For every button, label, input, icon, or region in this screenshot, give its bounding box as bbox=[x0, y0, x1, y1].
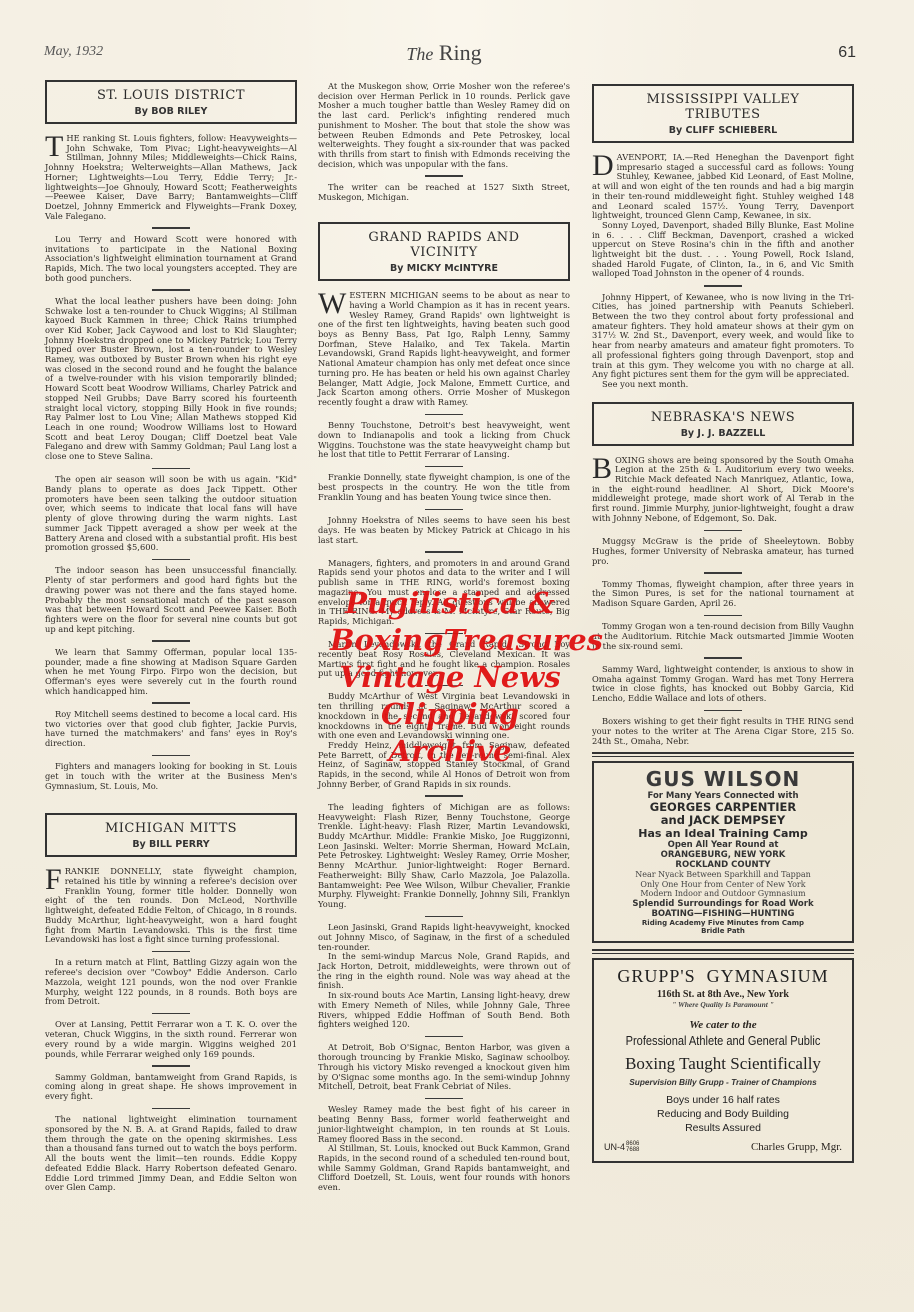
michigan-mitts-header: MICHIGAN MITTS By BILL PERRY bbox=[45, 813, 297, 857]
nebraska-paragraph: Boxers wishing to get their fight result… bbox=[592, 717, 854, 746]
ad-line: Reducing and Body Building bbox=[600, 1107, 846, 1121]
column-right: MISSISSIPPI VALLEY TRIBUTES By CLIFF SCH… bbox=[592, 84, 854, 1163]
grupps-footer: UN-4 8606 7688 Charles Grupp, Mgr. bbox=[600, 1141, 846, 1153]
mississippi-byline: By CLIFF SCHIEBERL bbox=[598, 125, 848, 136]
dropcap: D bbox=[592, 154, 614, 178]
divider bbox=[425, 633, 463, 635]
ad-line: Boys under 16 half rates bbox=[600, 1093, 846, 1107]
ad-line: Boxing Taught Scientifically bbox=[600, 1054, 846, 1074]
grand-rapids-paragraph: The leading fighters of Michigan are as … bbox=[318, 803, 570, 910]
magazine-title-ring: Ring bbox=[439, 40, 482, 65]
column-middle: At the Muskegon show, Orrie Mosher won t… bbox=[318, 82, 570, 1193]
michigan-mitts-paragraph: Sammy Goldman, bantamweight from Grand R… bbox=[45, 1073, 297, 1102]
divider bbox=[704, 615, 742, 617]
grand-rapids-paragraph: Martin Levandowski, the Grand Rapids Str… bbox=[318, 640, 570, 679]
divider bbox=[152, 227, 190, 229]
grupps-phone: UN-4 8606 7688 bbox=[604, 1141, 639, 1153]
mississippi-paragraph: Sonny Loyed, Davenport, shaded Billy Blu… bbox=[592, 221, 854, 279]
divider bbox=[152, 289, 190, 291]
divider bbox=[425, 414, 463, 416]
ad-line: We cater to the bbox=[600, 1019, 846, 1031]
grand-rapids-paragraph: Frankie Donnelly, state flyweight champi… bbox=[318, 473, 570, 502]
ad-line: Professional Athlete and General Public bbox=[618, 1033, 827, 1048]
grupps-name: GRUPP'S GYMNASIUM bbox=[600, 966, 846, 987]
grand-rapids-byline: By MICKY McINTYRE bbox=[324, 263, 564, 274]
divider bbox=[704, 285, 742, 287]
ad-separator bbox=[592, 949, 854, 954]
st-louis-paragraph: The indoor season has been unsuccessful … bbox=[45, 566, 297, 634]
st-louis-paragraph: THE ranking St. Louis fighters, follow: … bbox=[45, 134, 297, 221]
ad-line: Riding Academy Five Minutes from Camp bbox=[598, 919, 848, 927]
nebraska-paragraph: Muggsy McGraw is the pride of Sheeleytow… bbox=[592, 537, 854, 566]
nebraska-paragraph: Tommy Grogan won a ten-round decision fr… bbox=[592, 622, 854, 651]
mississippi-header: MISSISSIPPI VALLEY TRIBUTES By CLIFF SCH… bbox=[592, 84, 854, 143]
grand-rapids-paragraph: At Detroit, Bob O'Signac, Benton Harbor,… bbox=[318, 1043, 570, 1092]
grupps-gymnasium-ad: GRUPP'S GYMNASIUM 116th St. at 8th Ave.,… bbox=[592, 958, 854, 1163]
divider bbox=[425, 175, 463, 177]
st-louis-header: ST. LOUIS DISTRICT By BOB RILEY bbox=[45, 80, 297, 124]
ad-line: Has an Ideal Training Camp bbox=[598, 827, 848, 840]
grupps-address: 116th St. at 8th Ave., New York bbox=[600, 989, 846, 1000]
mississippi-title-line2: TRIBUTES bbox=[598, 107, 848, 122]
grand-rapids-paragraph: Freddy Heinz, middleweight from Saginaw,… bbox=[318, 741, 570, 790]
divider bbox=[704, 657, 742, 659]
st-louis-paragraph: Roy Mitchell seems destined to become a … bbox=[45, 710, 297, 749]
ad-line: Splendid Surroundings for Road Work bbox=[598, 899, 848, 909]
divider bbox=[152, 755, 190, 757]
divider bbox=[704, 572, 742, 574]
divider bbox=[152, 1065, 190, 1067]
divider bbox=[425, 685, 463, 687]
divider bbox=[425, 795, 463, 797]
mississippi-paragraph: Johnny Hippert, of Kewanee, who is now l… bbox=[592, 293, 854, 380]
michigan-mitts-paragraph: In a return match at Flint, Battling Giz… bbox=[45, 958, 297, 1007]
ad-line: Near Nyack Between Sparkhill and Tappan bbox=[598, 870, 848, 880]
grand-rapids-paragraph: In six-round bouts Ace Martin, Lansing l… bbox=[318, 991, 570, 1030]
grand-rapids-header: GRAND RAPIDS AND VICINITY By MICKY McINT… bbox=[318, 222, 570, 281]
ad-line: BOATING—FISHING—HUNTING bbox=[598, 909, 848, 919]
gus-wilson-name: GUS WILSON bbox=[598, 767, 848, 791]
grand-rapids-paragraph: Wesley Ramey made the best fight of his … bbox=[318, 1105, 570, 1144]
muskegon-paragraph: At the Muskegon show, Orrie Mosher won t… bbox=[318, 82, 570, 169]
michigan-mitts-byline: By BILL PERRY bbox=[51, 839, 291, 850]
st-louis-title: ST. LOUIS DISTRICT bbox=[51, 88, 291, 103]
nebraska-byline: By J. J. BAZZELL bbox=[598, 428, 848, 439]
st-louis-byline: By BOB RILEY bbox=[51, 106, 291, 117]
dropcap: T bbox=[45, 135, 63, 159]
st-louis-paragraph: Fighters and managers looking for bookin… bbox=[45, 762, 297, 791]
nebraska-paragraph: BOXING shows are being sponsored by the … bbox=[592, 456, 854, 524]
ad-separator bbox=[592, 752, 854, 757]
dropcap: B bbox=[592, 457, 612, 481]
divider bbox=[152, 1108, 190, 1110]
st-louis-paragraph: The open air season will soon be with us… bbox=[45, 475, 297, 553]
mississippi-paragraph: DAVENPORT, IA.—Red Heneghan the Davenpor… bbox=[592, 153, 854, 221]
michigan-mitts-paragraph: Over at Lansing, Pettit Ferrarar won a T… bbox=[45, 1020, 297, 1059]
st-louis-paragraph: Lou Terry and Howard Scott were honored … bbox=[45, 235, 297, 284]
ad-line: ORANGEBURG, NEW YORK bbox=[598, 850, 848, 860]
ad-line: Modern Indoor and Outdoor Gymnasium bbox=[598, 889, 848, 899]
ad-line: Results Assured bbox=[600, 1121, 846, 1135]
divider bbox=[152, 640, 190, 642]
divider bbox=[152, 951, 190, 953]
page-number: 61 bbox=[838, 44, 856, 62]
grand-rapids-paragraph: Benny Touchstone, Detroit's best heavywe… bbox=[318, 421, 570, 460]
ad-line: Supervision Billy Grupp - Trainer of Cha… bbox=[600, 1077, 846, 1087]
st-louis-paragraph: What the local leather pushers have been… bbox=[45, 297, 297, 462]
divider bbox=[425, 1036, 463, 1038]
divider bbox=[152, 1013, 190, 1015]
divider bbox=[152, 702, 190, 704]
divider bbox=[152, 468, 190, 470]
michigan-mitts-paragraph: The national lightweight elimination tou… bbox=[45, 1115, 297, 1193]
grupps-manager: Charles Grupp, Mgr. bbox=[751, 1141, 842, 1153]
divider bbox=[704, 710, 742, 712]
gus-wilson-ad: GUS WILSON For Many Years Connected with… bbox=[592, 761, 854, 943]
st-louis-paragraph: We learn that Sammy Offerman, popular lo… bbox=[45, 648, 297, 697]
column-left: ST. LOUIS DISTRICT By BOB RILEY THE rank… bbox=[45, 80, 297, 1193]
divider bbox=[425, 916, 463, 918]
dropcap: W bbox=[318, 292, 346, 316]
divider bbox=[152, 559, 190, 561]
grand-rapids-paragraph: WESTERN MICHIGAN seems to be about as ne… bbox=[318, 291, 570, 407]
grand-rapids-paragraph: Leon Jasinski, Grand Rapids light-heavyw… bbox=[318, 923, 570, 952]
page-header: May, 1932 The Ring 61 bbox=[44, 40, 844, 70]
divider bbox=[704, 530, 742, 532]
mississippi-paragraph: See you next month. bbox=[592, 380, 854, 390]
ad-line: and JACK DEMPSEY bbox=[598, 814, 848, 827]
divider bbox=[425, 1098, 463, 1100]
ad-line: Open All Year Round at bbox=[598, 840, 848, 850]
grand-rapids-paragraph: Johnny Hoekstra of Niles seems to have s… bbox=[318, 516, 570, 545]
grand-rapids-paragraph: Managers, fighters, and promoters in and… bbox=[318, 559, 570, 627]
michigan-mitts-paragraph: FRANKIE DONNELLY, state flyweight champi… bbox=[45, 867, 297, 945]
grand-rapids-paragraph: Buddy McArthur of West Virginia beat Lev… bbox=[318, 692, 570, 741]
nebraska-header: NEBRASKA'S NEWS By J. J. BAZZELL bbox=[592, 402, 854, 446]
grand-rapids-title: GRAND RAPIDS AND VICINITY bbox=[324, 230, 564, 260]
divider bbox=[425, 466, 463, 468]
magazine-title: The Ring bbox=[44, 40, 844, 66]
nebraska-title: NEBRASKA'S NEWS bbox=[598, 410, 848, 425]
divider bbox=[425, 509, 463, 511]
nebraska-paragraph: Sammy Ward, lightweight contender, is an… bbox=[592, 665, 854, 704]
mississippi-title-line1: MISSISSIPPI VALLEY bbox=[598, 92, 848, 107]
ad-line: Only One Hour from Center of New York bbox=[598, 880, 848, 890]
ad-line: Bridle Path bbox=[598, 927, 848, 935]
nebraska-paragraph: Tommy Thomas, flyweight champion, after … bbox=[592, 580, 854, 609]
grand-rapids-paragraph: In the semi-windup Marcus Nole, Grand Ra… bbox=[318, 952, 570, 991]
dropcap: F bbox=[45, 868, 62, 892]
magazine-title-the: The bbox=[406, 44, 433, 64]
divider bbox=[425, 551, 463, 553]
grupps-slogan: " Where Quality Is Paramount " bbox=[600, 1000, 846, 1009]
muskegon-paragraph: The writer can be reached at 1527 Sixth … bbox=[318, 183, 570, 202]
ad-line: ROCKLAND COUNTY bbox=[598, 860, 848, 870]
michigan-mitts-title: MICHIGAN MITTS bbox=[51, 821, 291, 836]
grand-rapids-paragraph: Al Stillman, St. Louis, knocked out Buck… bbox=[318, 1144, 570, 1193]
